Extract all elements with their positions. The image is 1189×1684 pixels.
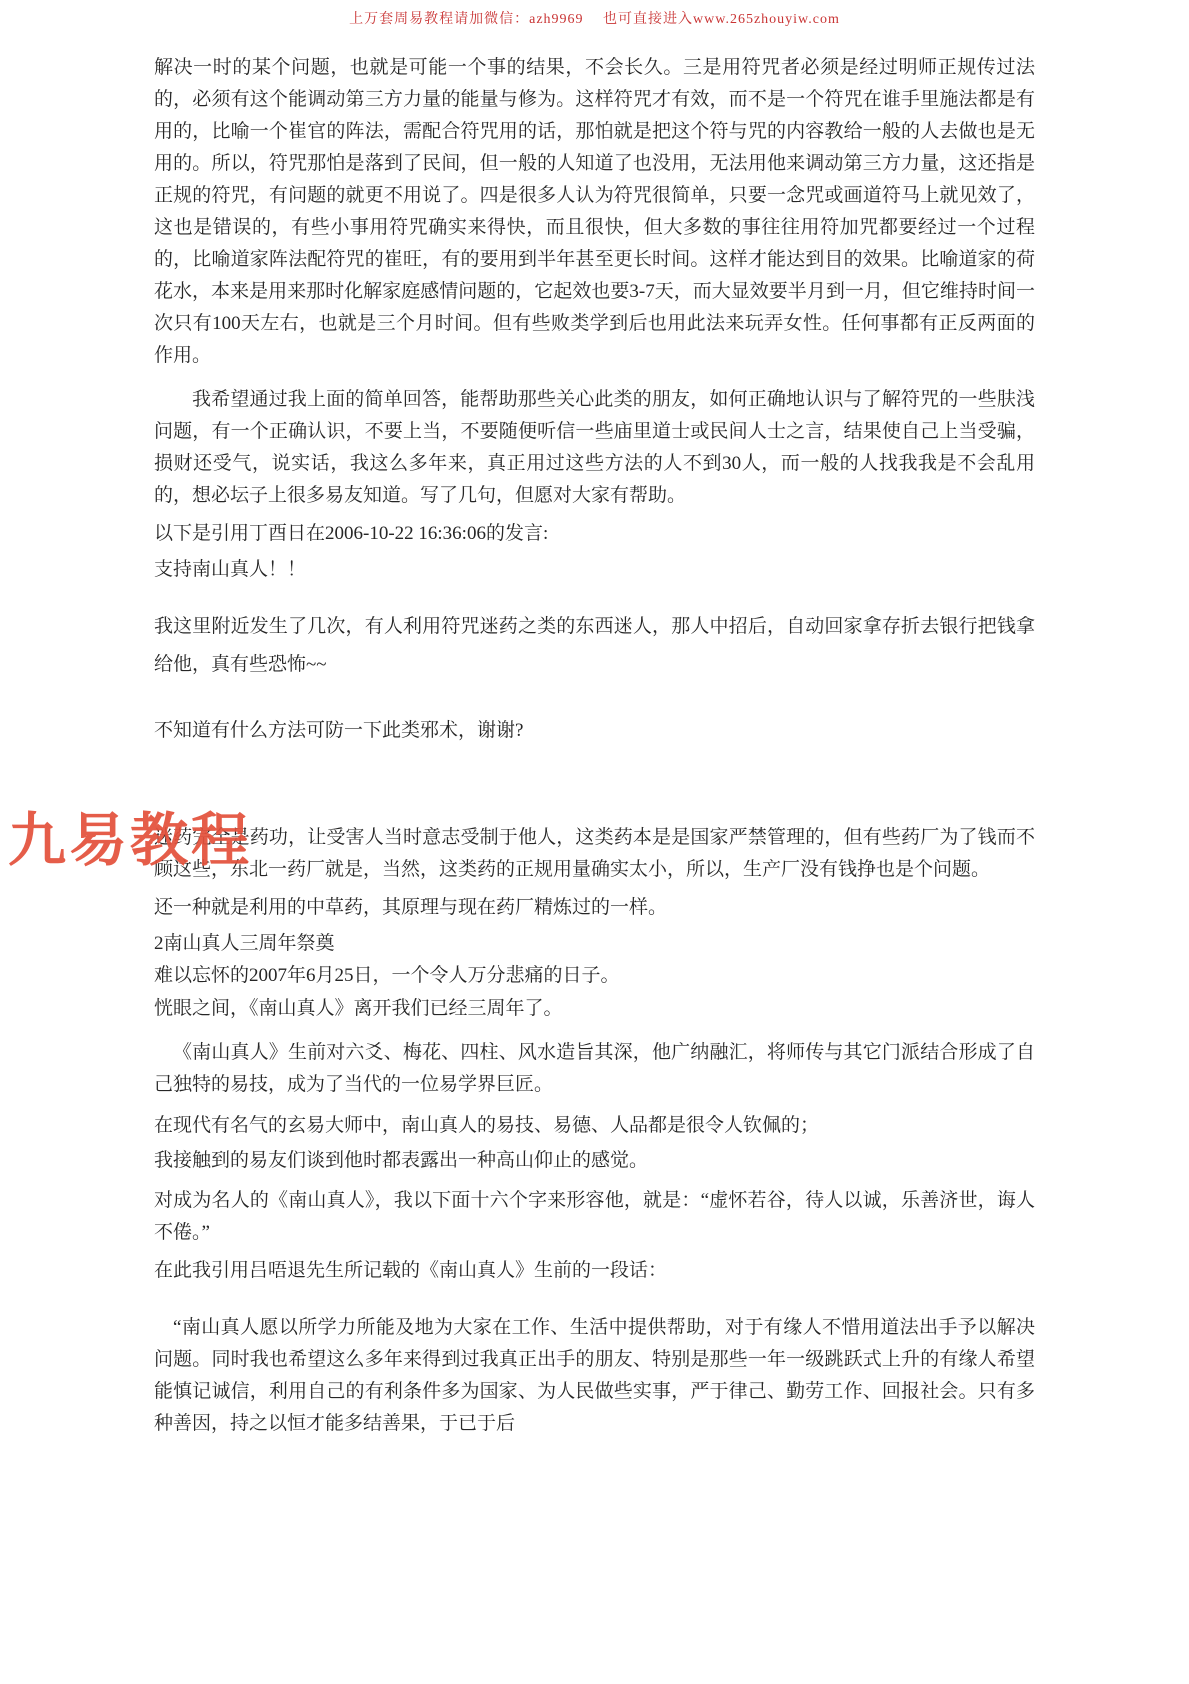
paragraph: 还一种就是利用的中草药，其原理与现在药厂精炼过的一样。 bbox=[154, 892, 1035, 924]
header-promo-notice: 上万套周易教程请加微信：azh9969 也可直接进入www.265zhouyiw… bbox=[0, 8, 1189, 28]
paragraph: 我接触到的易友们谈到他时都表露出一种高山仰止的感觉。 bbox=[154, 1145, 1035, 1177]
paragraph: 在此我引用吕唔退先生所记载的《南山真人》生前的一段话： bbox=[154, 1255, 1035, 1287]
paragraph: 在现代有名气的玄易大师中，南山真人的易技、易德、人品都是很令人钦佩的； bbox=[154, 1110, 1035, 1142]
paragraph: 恍眼之间，《南山真人》离开我们已经三周年了。 bbox=[154, 993, 1035, 1025]
paragraph: 对成为名人的《南山真人》，我以下面十六个字来形容他，就是：“虚怀若谷，待人以诚，… bbox=[154, 1185, 1035, 1249]
paragraph: 《南山真人》生前对六爻、梅花、四柱、风水造旨其深，他广纳融汇，将师传与其它门派结… bbox=[154, 1037, 1035, 1101]
paragraph: 迷药完全是药功，让受害人当时意志受制于他人，这类药本是是国家严禁管理的，但有些药… bbox=[154, 822, 1035, 886]
document-body: 解决一时的某个问题，也就是可能一个事的结果，不会长久。三是用符咒者必须是经过明师… bbox=[154, 52, 1035, 1440]
paragraph: 我希望通过我上面的简单回答，能帮助那些关心此类的朋友，如何正确地认识与了解符咒的… bbox=[154, 384, 1035, 512]
paragraph: 支持南山真人！！ bbox=[154, 554, 1035, 586]
paragraph: 我这里附近发生了几次，有人利用符咒迷药之类的东西迷人，那人中招后，自动回家拿存折… bbox=[154, 608, 1035, 684]
paragraph: 解决一时的某个问题，也就是可能一个事的结果，不会长久。三是用符咒者必须是经过明师… bbox=[154, 52, 1035, 372]
paragraph: “南山真人愿以所学力所能及地为大家在工作、生活中提供帮助，对于有缘人不惜用道法出… bbox=[154, 1312, 1035, 1440]
paragraph: 2南山真人三周年祭奠 bbox=[154, 928, 1035, 960]
paragraph: 以下是引用丁酉日在2006-10-22 16:36:06的发言: bbox=[154, 518, 1035, 550]
paragraph: 难以忘怀的2007年6月25日，一个令人万分悲痛的日子。 bbox=[154, 960, 1035, 992]
paragraph: 不知道有什么方法可防一下此类邪术，谢谢? bbox=[154, 712, 1035, 750]
